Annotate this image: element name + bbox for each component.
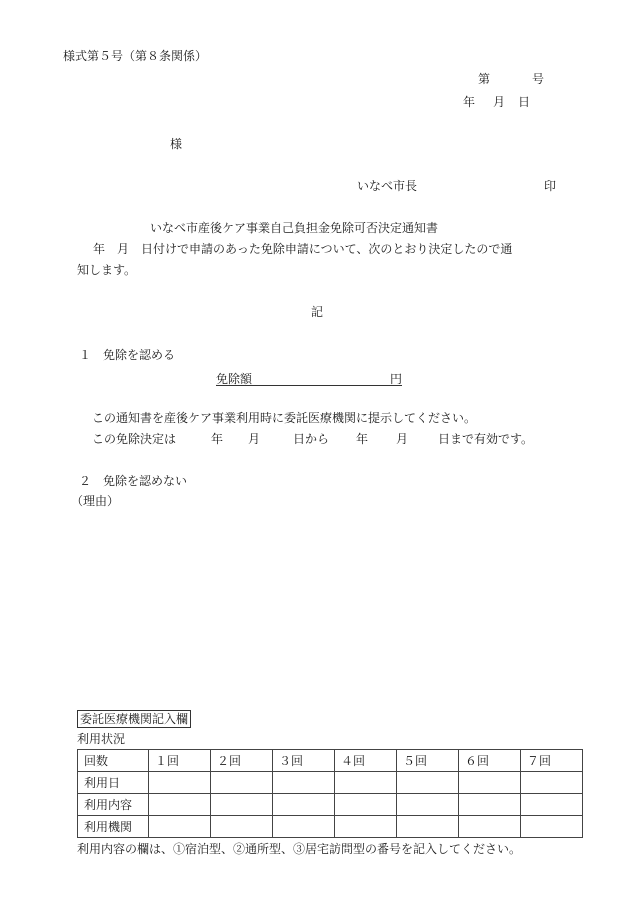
table-cell xyxy=(521,794,583,816)
validity-from-year: 年 xyxy=(211,432,223,446)
table-cell xyxy=(459,816,521,838)
section-2-heading: ２ 免除を認めない xyxy=(79,474,187,488)
table-cell xyxy=(397,794,459,816)
table-cell xyxy=(211,772,273,794)
table-cell xyxy=(273,816,335,838)
row-label: 利用機関 xyxy=(78,816,149,838)
form-id: 様式第５号（第８条関係） xyxy=(63,49,207,63)
table-cell xyxy=(335,816,397,838)
section-1-heading: １ 免除を認める xyxy=(79,348,175,362)
table-cell xyxy=(335,794,397,816)
doc-number-dai: 第 xyxy=(478,72,490,86)
row-label: 利用内容 xyxy=(78,794,149,816)
table-cell xyxy=(211,794,273,816)
table-row: 利用内容 xyxy=(78,794,583,816)
intro-line-1: 年 月 日付けで申請のあった免除申請について、次のとおり決定したので通 xyxy=(93,242,512,256)
exemption-amount-label: 免除額 xyxy=(216,370,252,387)
table-cell xyxy=(397,816,459,838)
table-cell xyxy=(521,816,583,838)
reason-label: （理由） xyxy=(71,494,119,508)
table-row: 利用日 xyxy=(78,772,583,794)
header-cell: ７回 xyxy=(521,750,583,772)
document-title: いなべ市産後ケア事業自己負担金免除可否決定通知書 xyxy=(150,221,438,235)
ki-heading: 記 xyxy=(311,305,323,319)
header-cell: 回数 xyxy=(78,750,149,772)
table-row: 利用機関 xyxy=(78,816,583,838)
exemption-amount-field: 免除額 円 xyxy=(216,370,402,386)
validity-from-month: 月 xyxy=(248,432,260,446)
header-cell: ４回 xyxy=(335,750,397,772)
validity-to-year: 年 xyxy=(356,432,368,446)
header-cell: ２回 xyxy=(211,750,273,772)
table-cell xyxy=(397,772,459,794)
usage-table: 回数 １回 ２回 ３回 ４回 ５回 ６回 ７回 利用日 利用内容 xyxy=(77,749,583,838)
usage-footnote: 利用内容の欄は、①宿泊型、②通所型、③居宅訪問型の番号を記入してください。 xyxy=(77,842,521,856)
header-cell: ５回 xyxy=(397,750,459,772)
present-notice-note: この通知書を産後ケア事業利用時に委託医療機関に提示してください。 xyxy=(92,411,476,425)
seal-mark: 印 xyxy=(544,179,556,193)
intro-line-2: 知します。 xyxy=(77,263,136,277)
row-label: 利用日 xyxy=(78,772,149,794)
table-cell xyxy=(273,772,335,794)
validity-prefix: この免除決定は xyxy=(92,432,176,446)
table-cell xyxy=(521,772,583,794)
table-cell xyxy=(149,772,211,794)
addressee-suffix: 様 xyxy=(170,137,182,151)
table-cell xyxy=(273,794,335,816)
date-day: 日 xyxy=(518,95,530,109)
table-cell xyxy=(211,816,273,838)
table-cell xyxy=(459,794,521,816)
usage-caption: 利用状況 xyxy=(77,732,125,746)
doc-number-go: 号 xyxy=(532,72,544,86)
date-month: 月 xyxy=(493,95,505,109)
header-cell: ３回 xyxy=(273,750,335,772)
table-cell xyxy=(459,772,521,794)
header-cell: １回 xyxy=(149,750,211,772)
table-cell xyxy=(335,772,397,794)
institution-entry-box-label: 委託医療機関記入欄 xyxy=(77,710,191,728)
table-header-row: 回数 １回 ２回 ３回 ４回 ５回 ６回 ７回 xyxy=(78,750,583,772)
table-cell xyxy=(149,816,211,838)
validity-to-day: 日まで有効です。 xyxy=(438,432,533,446)
validity-to-month: 月 xyxy=(396,432,408,446)
issuer-name: いなべ市長 xyxy=(357,179,417,193)
header-cell: ６回 xyxy=(459,750,521,772)
validity-from-day: 日から xyxy=(293,432,329,446)
table-cell xyxy=(149,794,211,816)
date-year: 年 xyxy=(463,95,475,109)
exemption-amount-unit: 円 xyxy=(390,370,402,387)
